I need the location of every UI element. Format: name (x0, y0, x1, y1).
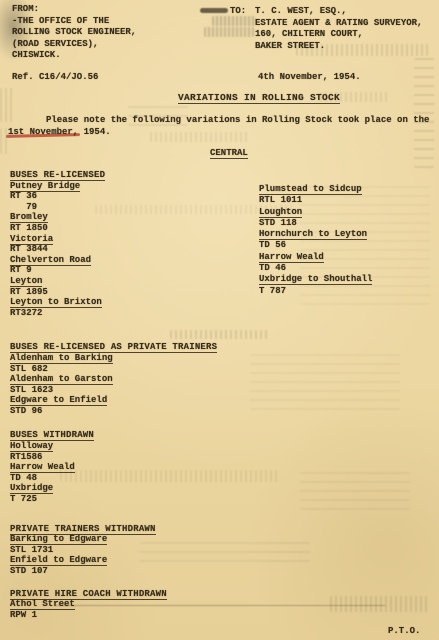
fleet-number: STD 96 (10, 406, 42, 416)
section-entries: Plumstead to SidcupRTL 1011LoughtonSTD 1… (259, 184, 429, 297)
section-buses-relicensed: BUSES RE-LICENSED Putney BridgeRT 36 79B… (10, 170, 250, 318)
section-entries: Barking to EdgwareSTL 1731Enfield to Edg… (10, 534, 250, 576)
recipient-line: ESTATE AGENT & RATING SURVEYOR, (255, 18, 422, 30)
sender-line: (ROAD SERVICES), (12, 39, 136, 51)
section-heading: PRIVATE TRAINERS WITHDRAWN (10, 524, 156, 535)
recipient-line: 160, CHILTERN COURT, (255, 29, 422, 41)
sender-line: ROLLING STOCK ENGINEER, (12, 27, 136, 39)
route-label: Plumstead to Sidcup (259, 184, 362, 195)
section-buses-withdrawn: BUSES WITHDRAWN HollowayRT1586Harrow Wea… (10, 430, 250, 504)
intro-paragraph: Please note the following variations in … (8, 115, 438, 138)
fleet-number: STL 1731 (10, 545, 53, 555)
reference-number: Ref. C16/4/JO.56 (12, 72, 98, 84)
left-column: BUSES RE-LICENSED Putney BridgeRT 36 79B… (10, 170, 250, 620)
route-label: Holloway (10, 441, 53, 452)
section-heading: BUSES WITHDRAWN (10, 430, 94, 441)
intro-line: 1st November, 1954. (8, 127, 438, 139)
route-label: Loughton (259, 207, 302, 218)
route-label: Leyton to Brixton (10, 297, 102, 308)
intro-line: Please note the following variations in … (8, 115, 438, 127)
route-label: Uxbridge to Shouthall (259, 274, 372, 285)
section-private-trainers-withdrawn: PRIVATE TRAINERS WITHDRAWN Barking to Ed… (10, 524, 250, 577)
fleet-number: RT 36 (10, 191, 37, 201)
recipient-block: T. C. WEST, ESQ., ESTATE AGENT & RATING … (255, 6, 422, 52)
fleet-number: 79 (10, 202, 37, 212)
to-label: TO: (230, 6, 246, 18)
route-label: Hornchurch to Leyton (259, 229, 367, 240)
scanned-letter-page: FROM: -THE OFFICE OF THE ROLLING STOCK E… (0, 0, 439, 640)
route-label: Uxbridge (10, 483, 53, 494)
fleet-number: STL 682 (10, 364, 48, 374)
right-column: Plumstead to SidcupRTL 1011LoughtonSTD 1… (259, 184, 429, 297)
arrow-mark (200, 8, 228, 13)
fleet-number: STD 118 (259, 218, 297, 228)
ghost-text-mark (250, 350, 400, 410)
recipient-line: BAKER STREET. (255, 41, 422, 53)
route-label: Putney Bridge (10, 181, 80, 192)
section-entries: Putney BridgeRT 36 79BromleyRT 1850Victo… (10, 181, 250, 319)
section-entries: HollowayRT1586Harrow WealdTD 48UxbridgeT… (10, 441, 250, 505)
ghost-text-mark (330, 596, 430, 612)
fleet-number: STD 107 (10, 566, 48, 576)
fleet-number: TD 46 (259, 263, 286, 273)
pto-note: P.T.O. (388, 626, 420, 638)
route-label: Enfield to Edgware (10, 555, 107, 566)
sender-block: FROM: -THE OFFICE OF THE ROLLING STOCK E… (12, 4, 136, 62)
fleet-number: RT1586 (10, 452, 42, 462)
fleet-number: T 725 (10, 494, 37, 504)
section-heading: PRIVATE HIRE COACH WITHDRAWN (10, 589, 167, 600)
fleet-number: STL 1623 (10, 385, 53, 395)
route-label: Aldenham to Barking (10, 353, 113, 364)
ghost-text-mark (414, 58, 434, 168)
route-label: Victoria (10, 234, 53, 245)
sender-line: -THE OFFICE OF THE (12, 16, 136, 28)
section-entries: Aldenham to BarkingSTL 682Aldenham to Ga… (10, 353, 250, 417)
route-label: Edgware to Enfield (10, 395, 107, 406)
route-label: Athol Street (10, 599, 75, 610)
route-label: Bromley (10, 212, 48, 223)
stamp-mark (204, 27, 254, 37)
route-label: Harrow Weald (10, 462, 75, 473)
fleet-number: RT3272 (10, 308, 42, 318)
route-label: Leyton (10, 276, 42, 287)
ghost-text-mark (300, 468, 410, 510)
section-relicensed-private-trainers: BUSES RE-LICENSED AS PRIVATE TRAINERS Al… (10, 342, 250, 416)
section-private-hire-coach-withdrawn: PRIVATE HIRE COACH WITHDRAWN Athol Stree… (10, 589, 250, 621)
fleet-number: TD 56 (259, 240, 286, 250)
section-heading: BUSES RE-LICENSED (10, 170, 105, 181)
fleet-number: RT 3844 (10, 244, 48, 254)
fleet-number: RT 9 (10, 265, 32, 275)
fleet-number: RT 1850 (10, 223, 48, 233)
fleet-number: RT 1895 (10, 287, 48, 297)
document-title: VARIATIONS IN ROLLING STOCK (178, 92, 340, 103)
route-label: Harrow Weald (259, 252, 324, 263)
fleet-number: T 787 (259, 286, 286, 296)
fleet-number: RPW 1 (10, 610, 37, 620)
section-heading: BUSES RE-LICENSED AS PRIVATE TRAINERS (10, 342, 217, 353)
from-label: FROM: (12, 4, 136, 16)
region-heading: CENTRAL (210, 148, 248, 158)
section-entries: Athol StreetRPW 1 (10, 599, 250, 620)
recipient-line: T. C. WEST, ESQ., (255, 6, 422, 18)
route-label: Barking to Edgware (10, 534, 107, 545)
letter-date: 4th November, 1954. (258, 72, 361, 84)
sender-line: CHISWICK. (12, 50, 136, 62)
fleet-number: TD 48 (10, 473, 37, 483)
fleet-number: RTL 1011 (259, 195, 302, 205)
route-label: Aldenham to Garston (10, 374, 113, 385)
